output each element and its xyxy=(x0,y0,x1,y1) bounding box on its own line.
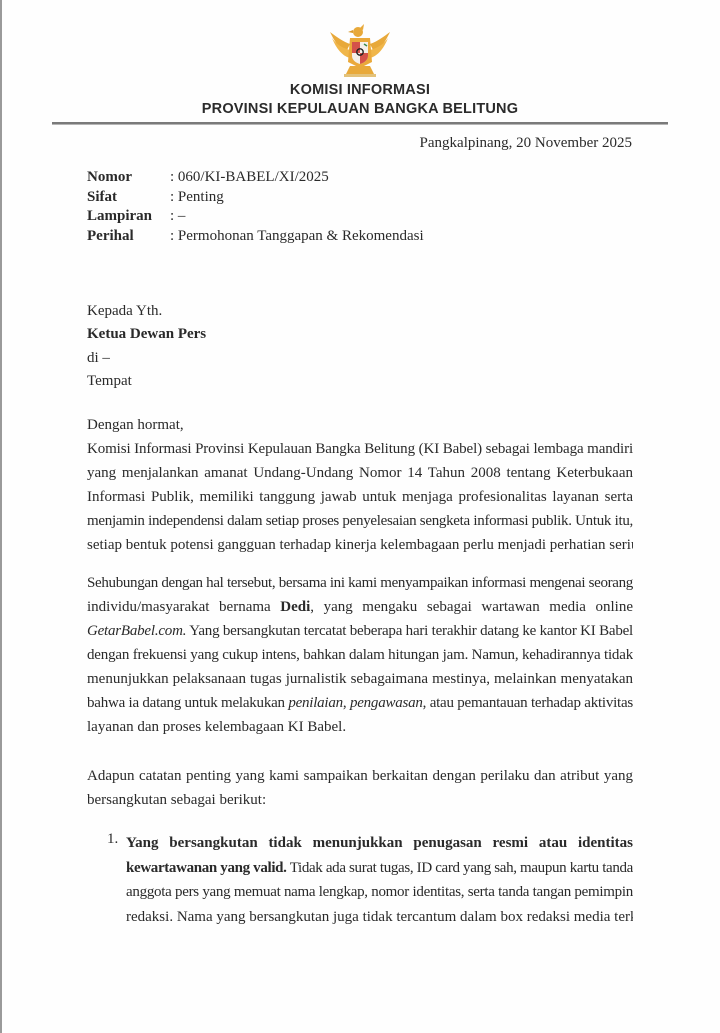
meta-label: Lampiran xyxy=(87,207,170,227)
media-name: GetarBabel.com. xyxy=(87,623,186,639)
list-number: 1. xyxy=(107,831,118,848)
paragraph-line: menjamin independensi dalam setiap prose… xyxy=(87,509,633,533)
addressee-di: di – xyxy=(87,350,110,367)
paragraph-line: setiap bentuk potensi gangguan terhadap … xyxy=(87,533,633,557)
page-edge xyxy=(0,0,2,1033)
paragraph-line: bahwa ia datang untuk melakukan penilaia… xyxy=(87,691,633,715)
letter-page: KOMISI INFORMASI PROVINSI KEPULAUAN BANG… xyxy=(0,0,720,1033)
list-line: kewartawanan yang valid. Tidak ada surat… xyxy=(126,856,633,881)
text-run: Tidak ada surat tugas, ID card yang sah,… xyxy=(287,860,633,876)
garuda-emblem-icon xyxy=(320,22,400,82)
paragraph-line: individu/masyarakat bernama Dedi, yang m… xyxy=(87,595,633,619)
meta-row-perihal: Perihal : Permohonan Tanggapan & Rekomen… xyxy=(87,227,424,247)
paragraph-line: Adapun catatan penting yang kami sampaik… xyxy=(87,764,633,788)
paragraph-line: yang menjalankan amanat Undang-Undang No… xyxy=(87,461,633,485)
paragraph-line: GetarBabel.com. Yang bersangkutan tercat… xyxy=(87,619,633,643)
list-line: Yang bersangkutan tidak menunjukkan penu… xyxy=(126,831,633,856)
meta-value: : Permohonan Tanggapan & Rekomendasi xyxy=(170,227,424,247)
list-heading: kewartawanan yang valid. xyxy=(126,860,287,876)
paragraph-line: menunjukkan pelaksanaan tugas jurnalisti… xyxy=(87,667,633,691)
paragraph-line: layanan dan proses kelembagaan KI Babel. xyxy=(87,715,633,739)
addressee-place: Tempat xyxy=(87,373,132,390)
text-run: individu/masyarakat bernama xyxy=(87,599,280,615)
meta-value: : Penting xyxy=(170,188,224,208)
letterhead-org-name: KOMISI INFORMASI xyxy=(0,82,720,98)
paragraph-notes-intro: Adapun catatan penting yang kami sampaik… xyxy=(87,764,633,812)
letterhead-divider xyxy=(52,122,668,125)
text-run: , atau pemantauan terhadap aktivitas xyxy=(423,695,633,711)
date-line: Pangkalpinang, 20 November 2025 xyxy=(0,135,632,152)
text-run: bahwa ia datang untuk melakukan xyxy=(87,695,288,711)
meta-label: Perihal xyxy=(87,227,170,247)
paragraph-line: dengan frekuensi yang cukup intens, bahk… xyxy=(87,643,633,667)
paragraph-line: Komisi Informasi Provinsi Kepulauan Bang… xyxy=(87,437,633,461)
list-heading: Yang bersangkutan tidak menunjukkan penu… xyxy=(126,835,633,851)
letter-meta: Nomor : 060/KI-BABEL/XI/2025 Sifat : Pen… xyxy=(87,168,424,246)
meta-label: Nomor xyxy=(87,168,170,188)
meta-row-lampiran: Lampiran : – xyxy=(87,207,424,227)
addressee-salutation: Kepada Yth. xyxy=(87,303,162,320)
addressee-recipient: Ketua Dewan Pers xyxy=(87,326,206,343)
text-run: , yang mengaku sebagai wartawan media on… xyxy=(310,599,633,615)
letterhead-org-province: PROVINSI KEPULAUAN BANGKA BELITUNG xyxy=(0,101,720,117)
paragraph-line: Sehubungan dengan hal tersebut, bersama … xyxy=(87,571,633,595)
meta-row-nomor: Nomor : 060/KI-BABEL/XI/2025 xyxy=(87,168,424,188)
emphasis-text: penilaian xyxy=(288,695,343,711)
list-line: anggota pers yang memuat nama lengkap, n… xyxy=(126,880,633,905)
list-item-body: Yang bersangkutan tidak menunjukkan penu… xyxy=(126,831,633,929)
meta-label: Sifat xyxy=(87,188,170,208)
meta-row-sifat: Sifat : Penting xyxy=(87,188,424,208)
meta-value: : 060/KI-BABEL/XI/2025 xyxy=(170,168,329,188)
greeting-text: Dengan hormat, xyxy=(87,413,633,437)
paragraph-context: Sehubungan dengan hal tersebut, bersama … xyxy=(87,571,633,739)
emphasis-text: pengawasan xyxy=(350,695,423,711)
meta-value: : – xyxy=(170,207,185,227)
greeting: Dengan hormat, xyxy=(87,413,633,437)
paragraph-line: bersangkutan sebagai berikut: xyxy=(87,788,633,812)
list-line: redaksi. Nama yang bersangkutan juga tid… xyxy=(126,905,633,930)
person-name: Dedi xyxy=(280,599,310,615)
paragraph-line: Informasi Publik, memiliki tanggung jawa… xyxy=(87,485,633,509)
text-run: Yang bersangkutan tercatat beberapa hari… xyxy=(186,623,633,639)
text-run: , xyxy=(343,695,350,711)
paragraph-intro: Komisi Informasi Provinsi Kepulauan Bang… xyxy=(87,437,633,557)
